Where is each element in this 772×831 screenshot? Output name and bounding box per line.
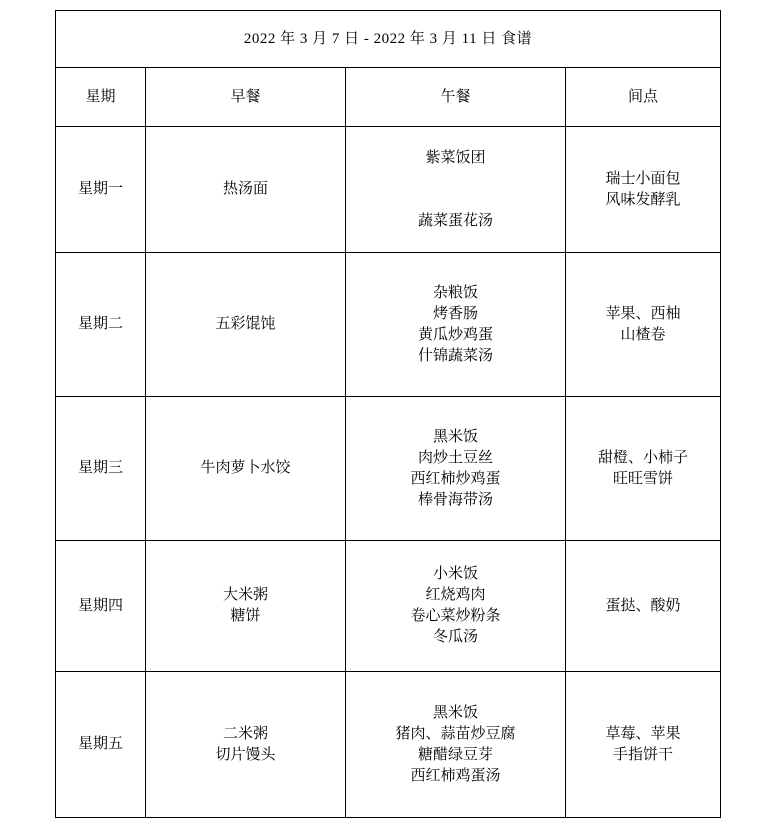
- header-snack: 间点: [566, 68, 721, 127]
- title-row: 2022 年 3 月 7 日 - 2022 年 3 月 11 日 食谱: [56, 11, 721, 68]
- table-row-tuesday: 星期二 五彩馄饨 杂粮饭 烤香肠 黄瓜炒鸡蛋 什锦蔬菜汤 苹果、西柚 山楂卷: [56, 253, 721, 397]
- cell-wednesday-snack: 甜橙、小柿子 旺旺雪饼: [566, 397, 721, 541]
- table-title: 2022 年 3 月 7 日 - 2022 年 3 月 11 日 食谱: [56, 11, 721, 68]
- cell-friday-day: 星期五: [56, 672, 146, 818]
- table-row-friday: 星期五 二米粥 切片馒头 黑米饭 猪肉、蒜苗炒豆腐 糖醋绿豆芽 西红柿鸡蛋汤 草…: [56, 672, 721, 818]
- cell-monday-snack: 瑞士小面包 风味发酵乳: [566, 127, 721, 253]
- header-row: 星期 早餐 午餐 间点: [56, 68, 721, 127]
- header-breakfast: 早餐: [146, 68, 346, 127]
- cell-monday-lunch: 紫菜饭团 蔬菜蛋花汤: [346, 127, 566, 253]
- cell-friday-lunch: 黑米饭 猪肉、蒜苗炒豆腐 糖醋绿豆芽 西红柿鸡蛋汤: [346, 672, 566, 818]
- cell-wednesday-breakfast: 牛肉萝卜水饺: [146, 397, 346, 541]
- cell-thursday-snack: 蛋挞、酸奶: [566, 541, 721, 672]
- table-row-thursday: 星期四 大米粥 糖饼 小米饭 红烧鸡肉 卷心菜炒粉条 冬瓜汤 蛋挞、酸奶: [56, 541, 721, 672]
- table-row-monday: 星期一 热汤面 紫菜饭团 蔬菜蛋花汤 瑞士小面包 风味发酵乳: [56, 127, 721, 253]
- cell-friday-snack: 草莓、苹果 手指饼干: [566, 672, 721, 818]
- cell-friday-breakfast: 二米粥 切片馒头: [146, 672, 346, 818]
- cell-monday-breakfast: 热汤面: [146, 127, 346, 253]
- table-row-wednesday: 星期三 牛肉萝卜水饺 黑米饭 肉炒土豆丝 西红柿炒鸡蛋 棒骨海带汤 甜橙、小柿子…: [56, 397, 721, 541]
- cell-tuesday-day: 星期二: [56, 253, 146, 397]
- cell-thursday-breakfast: 大米粥 糖饼: [146, 541, 346, 672]
- document-page: 2022 年 3 月 7 日 - 2022 年 3 月 11 日 食谱 星期 早…: [0, 0, 772, 831]
- menu-table: 2022 年 3 月 7 日 - 2022 年 3 月 11 日 食谱 星期 早…: [55, 10, 721, 818]
- cell-tuesday-breakfast: 五彩馄饨: [146, 253, 346, 397]
- cell-thursday-lunch: 小米饭 红烧鸡肉 卷心菜炒粉条 冬瓜汤: [346, 541, 566, 672]
- cell-thursday-day: 星期四: [56, 541, 146, 672]
- cell-tuesday-snack: 苹果、西柚 山楂卷: [566, 253, 721, 397]
- cell-wednesday-day: 星期三: [56, 397, 146, 541]
- header-lunch: 午餐: [346, 68, 566, 127]
- cell-tuesday-lunch: 杂粮饭 烤香肠 黄瓜炒鸡蛋 什锦蔬菜汤: [346, 253, 566, 397]
- header-day: 星期: [56, 68, 146, 127]
- cell-monday-day: 星期一: [56, 127, 146, 253]
- cell-wednesday-lunch: 黑米饭 肉炒土豆丝 西红柿炒鸡蛋 棒骨海带汤: [346, 397, 566, 541]
